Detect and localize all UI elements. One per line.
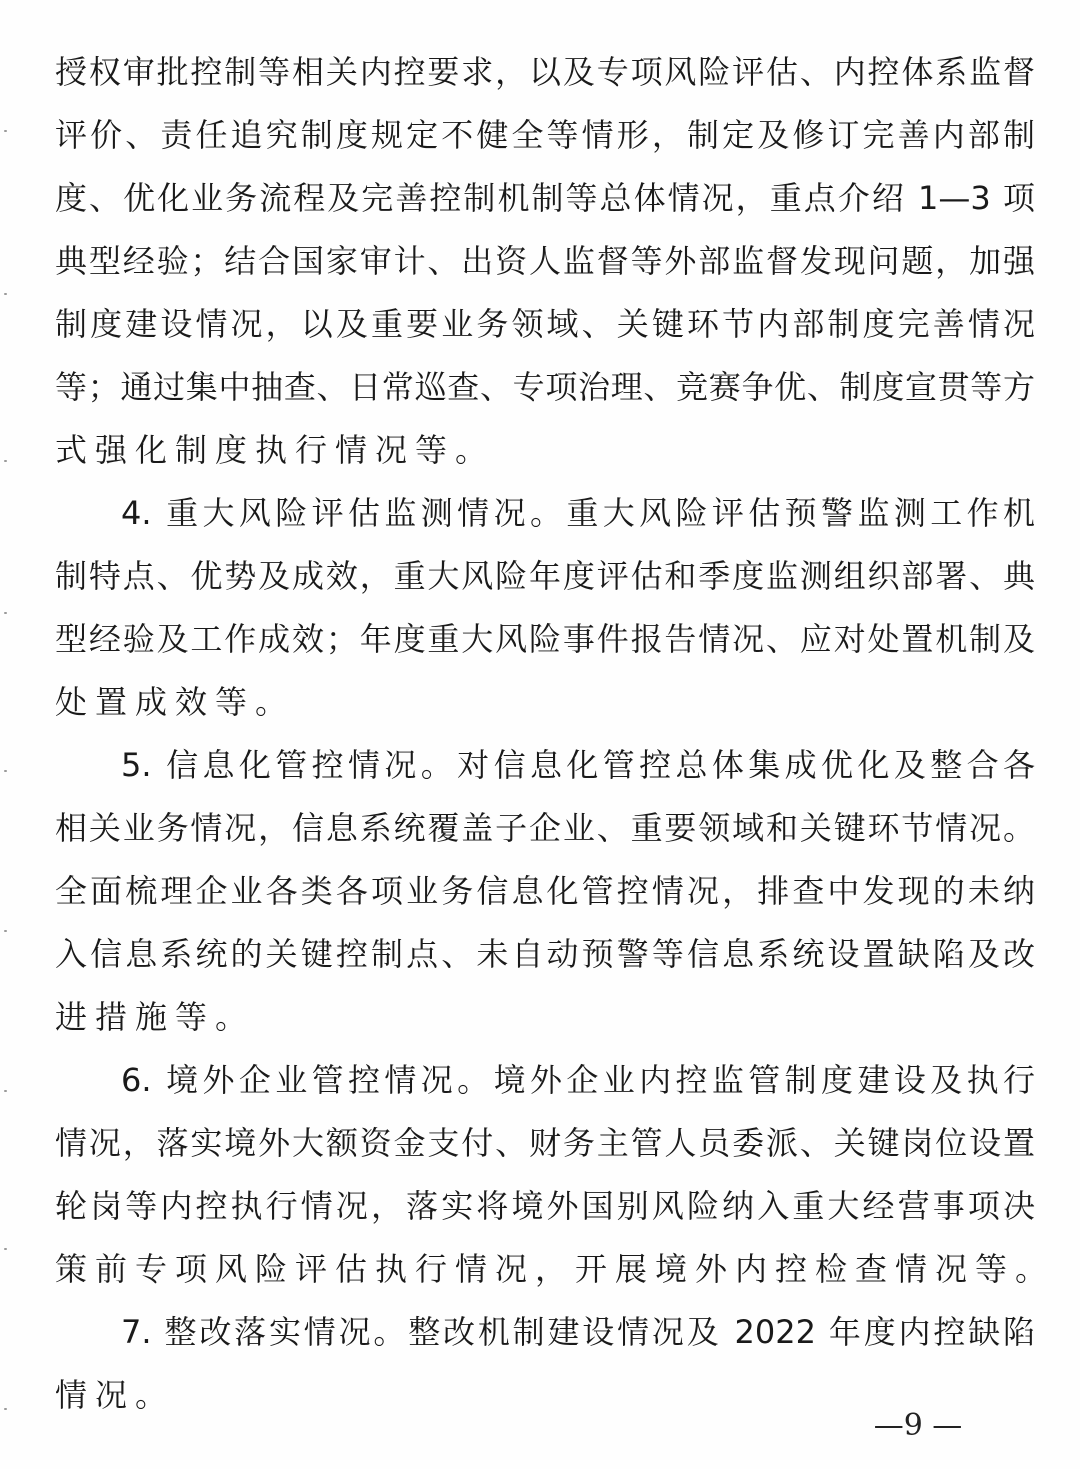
text-line: 入信息系统的关键控制点、未自动预警等信息系统设置缺陷及改 (55, 932, 1035, 976)
section-heading-line: 6. 境外企业管控情况。境外企业内控监管制度建设及执行 (121, 1058, 1035, 1102)
text-line: 式强化制度执行情况等。 (55, 428, 1035, 472)
scan-speck (4, 770, 7, 772)
text-line: 轮岗等内控执行情况，落实将境外国别风险纳入重大经营事项决 (55, 1184, 1035, 1228)
scan-speck (4, 130, 7, 132)
scan-speck (4, 1248, 7, 1250)
text-line: 等；通过集中抽查、日常巡查、专项治理、竞赛争优、制度宣贯等方 (55, 365, 1035, 409)
text-line: 全面梳理企业各类各项业务信息化管控情况，排查中发现的未纳 (55, 869, 1035, 913)
text-line: 策前专项风险评估执行情况，开展境外内控检查情况等。 (55, 1247, 1035, 1291)
text-line: 典型经验；结合国家审计、出资人监督等外部监督发现问题，加强 (55, 239, 1035, 283)
text-line: 处置成效等。 (55, 680, 1035, 724)
scan-speck (4, 460, 7, 462)
scan-speck (4, 293, 7, 295)
text-line: 情况，落实境外大额资金支付、财务主管人员委派、关键岗位设置 (55, 1121, 1035, 1165)
text-line: 进措施等。 (55, 995, 1035, 1039)
scan-speck (4, 1408, 7, 1410)
scan-speck (4, 930, 7, 932)
text-line: 相关业务情况，信息系统覆盖子企业、重要领域和关键环节情况。 (55, 806, 1035, 850)
text-line: 制度建设情况，以及重要业务领域、关键环节内部制度完善情况 (55, 302, 1035, 346)
section-heading-line: 7. 整改落实情况。整改机制建设情况及 2022 年度内控缺陷 (121, 1310, 1035, 1354)
text-line: 制特点、优势及成效，重大风险年度评估和季度监测组织部署、典 (55, 554, 1035, 598)
text-line: 授权审批控制等相关内控要求，以及专项风险评估、内控体系监督 (55, 50, 1035, 94)
text-line: 度、优化业务流程及完善控制机制等总体情况，重点介绍 1—3 项 (55, 176, 1035, 220)
scan-speck (4, 612, 7, 614)
text-line: 评价、责任追究制度规定不健全等情形，制定及修订完善内部制 (55, 113, 1035, 157)
section-heading-line: 5. 信息化管控情况。对信息化管控总体集成优化及整合各 (121, 743, 1035, 787)
text-line: 型经验及工作成效；年度重大风险事件报告情况、应对处置机制及 (55, 617, 1035, 661)
section-heading-line: 4. 重大风险评估监测情况。重大风险评估预警监测工作机 (121, 491, 1035, 535)
document-page: 授权审批控制等相关内控要求，以及专项风险评估、内控体系监督 评价、责任追究制度规… (0, 0, 1080, 1469)
scan-speck (4, 1090, 7, 1092)
page-number: —9 — (858, 1408, 978, 1444)
